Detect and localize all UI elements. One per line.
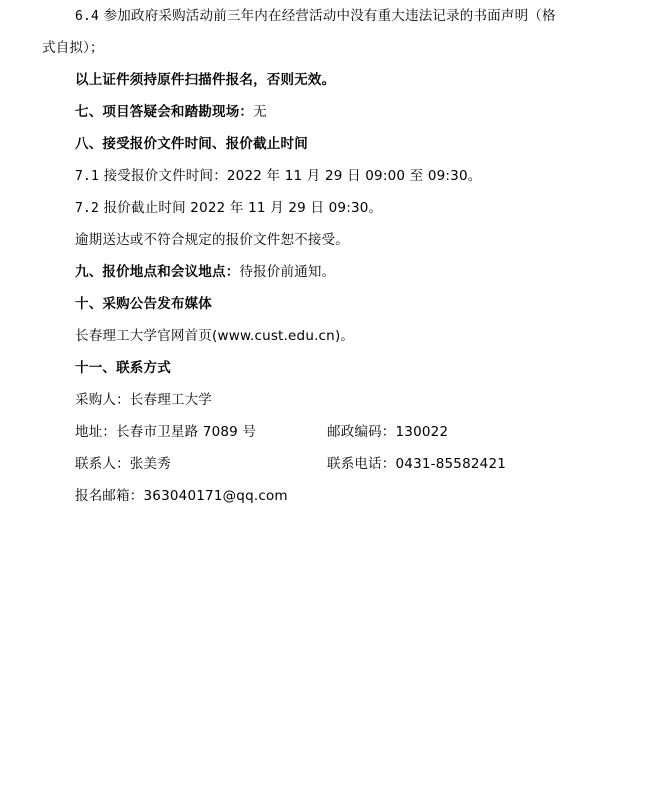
email-line: 报名邮箱：363040171@qq.com [75, 486, 288, 506]
contact-person: 联系人：张美秀 [75, 456, 171, 472]
address: 地址：长春市卫星路 7089 号 [75, 424, 256, 440]
item-7-2: 7.2 报价截止时间 2022 年 11 月 29 日 09:30。 [75, 198, 382, 218]
phone: 联系电话：0431-85582421 [327, 454, 506, 474]
section-8-heading: 八、接受报价文件时间、报价截止时间 [75, 134, 308, 154]
section-7: 七、项目答疑会和踏勘现场：无 [75, 102, 267, 122]
section-heading: 七、项目答疑会和踏勘现场： [75, 104, 253, 120]
contact-phone-line: 联系人：张美秀 联系电话：0431-85582421 [75, 454, 575, 474]
item-number: 6.4 [75, 9, 99, 24]
item-text: 报价截止时间 2022 年 11 月 29 日 09:30。 [104, 200, 383, 216]
announcement-media-text: 长春理工大学官网首页(www.cust.edu.cn)。 [75, 326, 354, 346]
document-page: 6.4 参加政府采购活动前三年内在经营活动中没有重大违法记录的书面声明（格 式自… [0, 0, 645, 803]
item-number: 7.1 [75, 169, 99, 184]
original-scan-notice: 以上证件须持原件扫描件报名，否则无效。 [75, 70, 335, 90]
item-6-4-line1: 6.4 参加政府采购活动前三年内在经营活动中没有重大违法记录的书面声明（格 [75, 6, 556, 26]
postcode: 邮政编码：130022 [327, 422, 448, 442]
section-value: 待报价前通知。 [239, 264, 335, 280]
item-6-4-line2: 式自拟）； [42, 38, 104, 58]
late-submission-notice: 逾期送达或不符合规定的报价文件恕不接受。 [75, 230, 349, 250]
purchaser-line: 采购人：长春理工大学 [75, 390, 212, 410]
item-7-1: 7.1 接受报价文件时间：2022 年 11 月 29 日 09:00 至 09… [75, 166, 481, 186]
item-text: 接受报价文件时间：2022 年 11 月 29 日 09:00 至 09:30。 [104, 168, 482, 184]
item-text: 参加政府采购活动前三年内在经营活动中没有重大违法记录的书面声明（格 [104, 8, 556, 24]
section-9: 九、报价地点和会议地点：待报价前通知。 [75, 262, 335, 282]
section-11-heading: 十一、联系方式 [75, 358, 171, 378]
section-heading: 九、报价地点和会议地点： [75, 264, 239, 280]
section-value: 无 [253, 104, 267, 120]
item-number: 7.2 [75, 201, 99, 216]
section-10-heading: 十、采购公告发布媒体 [75, 294, 212, 314]
address-postcode-line: 地址：长春市卫星路 7089 号 邮政编码：130022 [75, 422, 575, 442]
